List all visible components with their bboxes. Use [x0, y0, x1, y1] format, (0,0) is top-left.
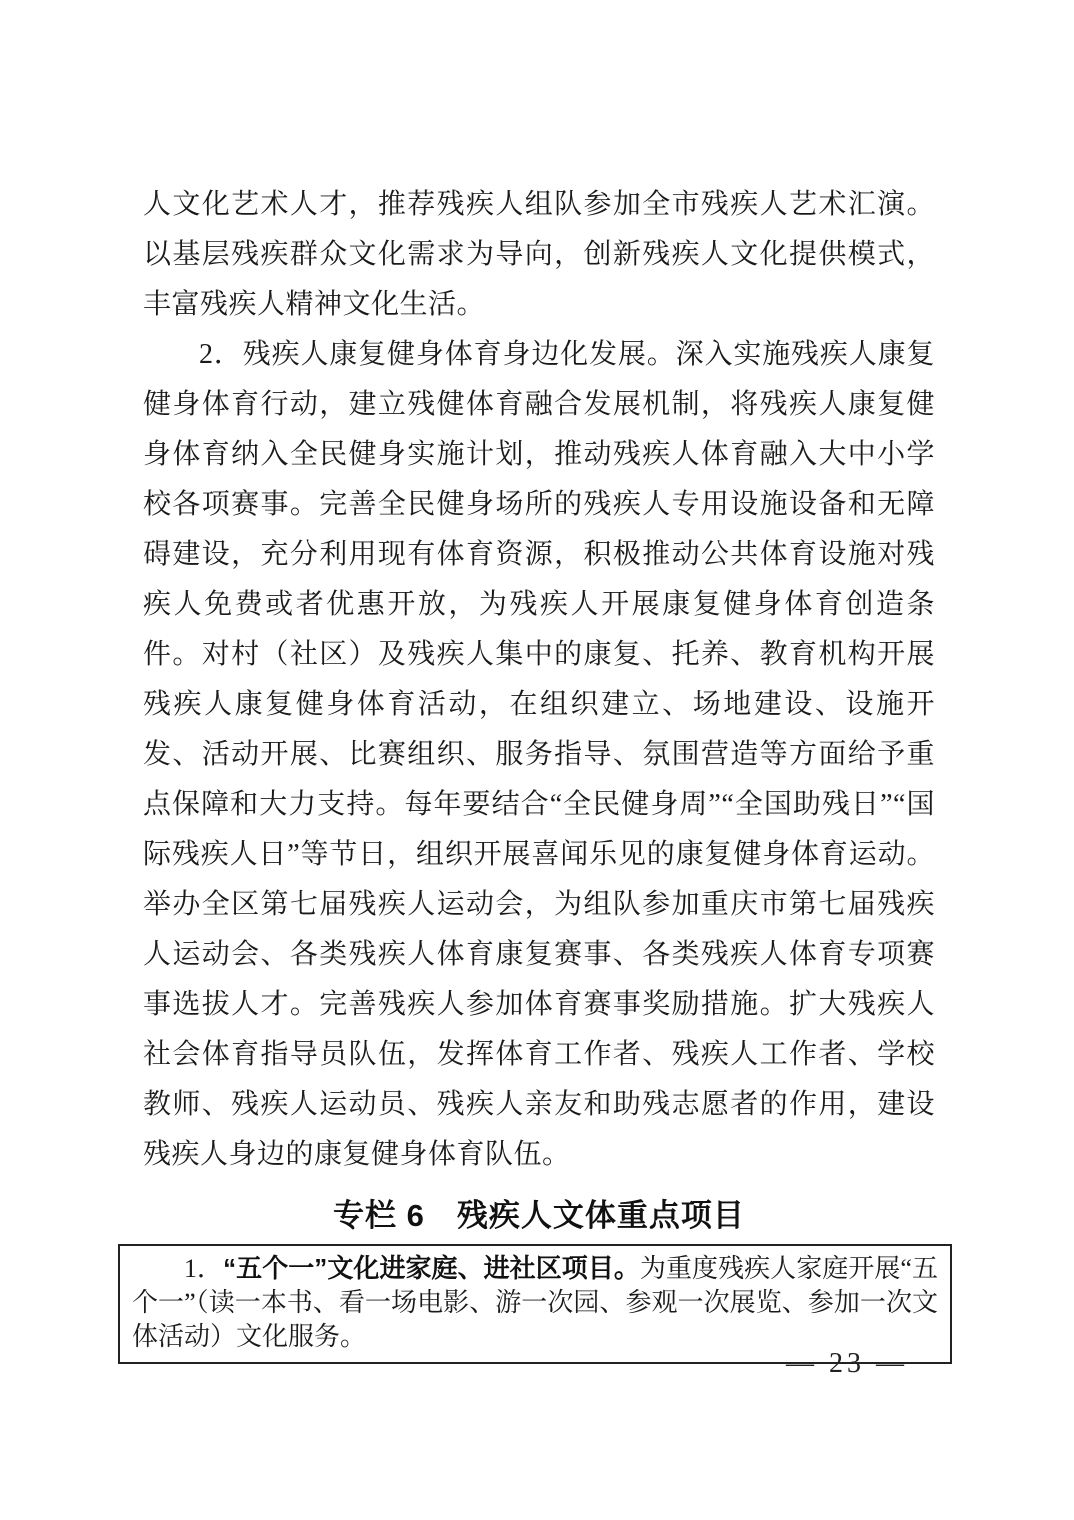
- box-item-1: 1．“五个一”文化进家庭、进社区项目。为重度残疾人家庭开展“五个一”（读一本书、…: [132, 1251, 938, 1354]
- text-column: 人文化艺术人才，推荐残疾人组队参加全市残疾人艺术汇演。以基层残疾群众文化需求为导…: [143, 180, 935, 1364]
- column6-box: 1．“五个一”文化进家庭、进社区项目。为重度残疾人家庭开展“五个一”（读一本书、…: [118, 1244, 952, 1364]
- box-item-number: 1．: [184, 1254, 223, 1283]
- paragraph-rehab-fitness-sports: 2．残疾人康复健身体育身边化发展。深入实施残疾人康复健身体育行动，建立残健体育融…: [143, 330, 935, 1180]
- box-item-title: “五个一”文化进家庭、进社区项目。: [223, 1253, 640, 1283]
- document-page: 人文化艺术人才，推荐残疾人组队参加全市残疾人艺术汇演。以基层残疾群众文化需求为导…: [0, 0, 1074, 1520]
- page-number: — 23 —: [786, 1348, 908, 1380]
- column6-title: 专栏 6 残疾人文体重点项目: [143, 1198, 935, 1234]
- paragraph-culture-art: 人文化艺术人才，推荐残疾人组队参加全市残疾人艺术汇演。以基层残疾群众文化需求为导…: [143, 180, 935, 330]
